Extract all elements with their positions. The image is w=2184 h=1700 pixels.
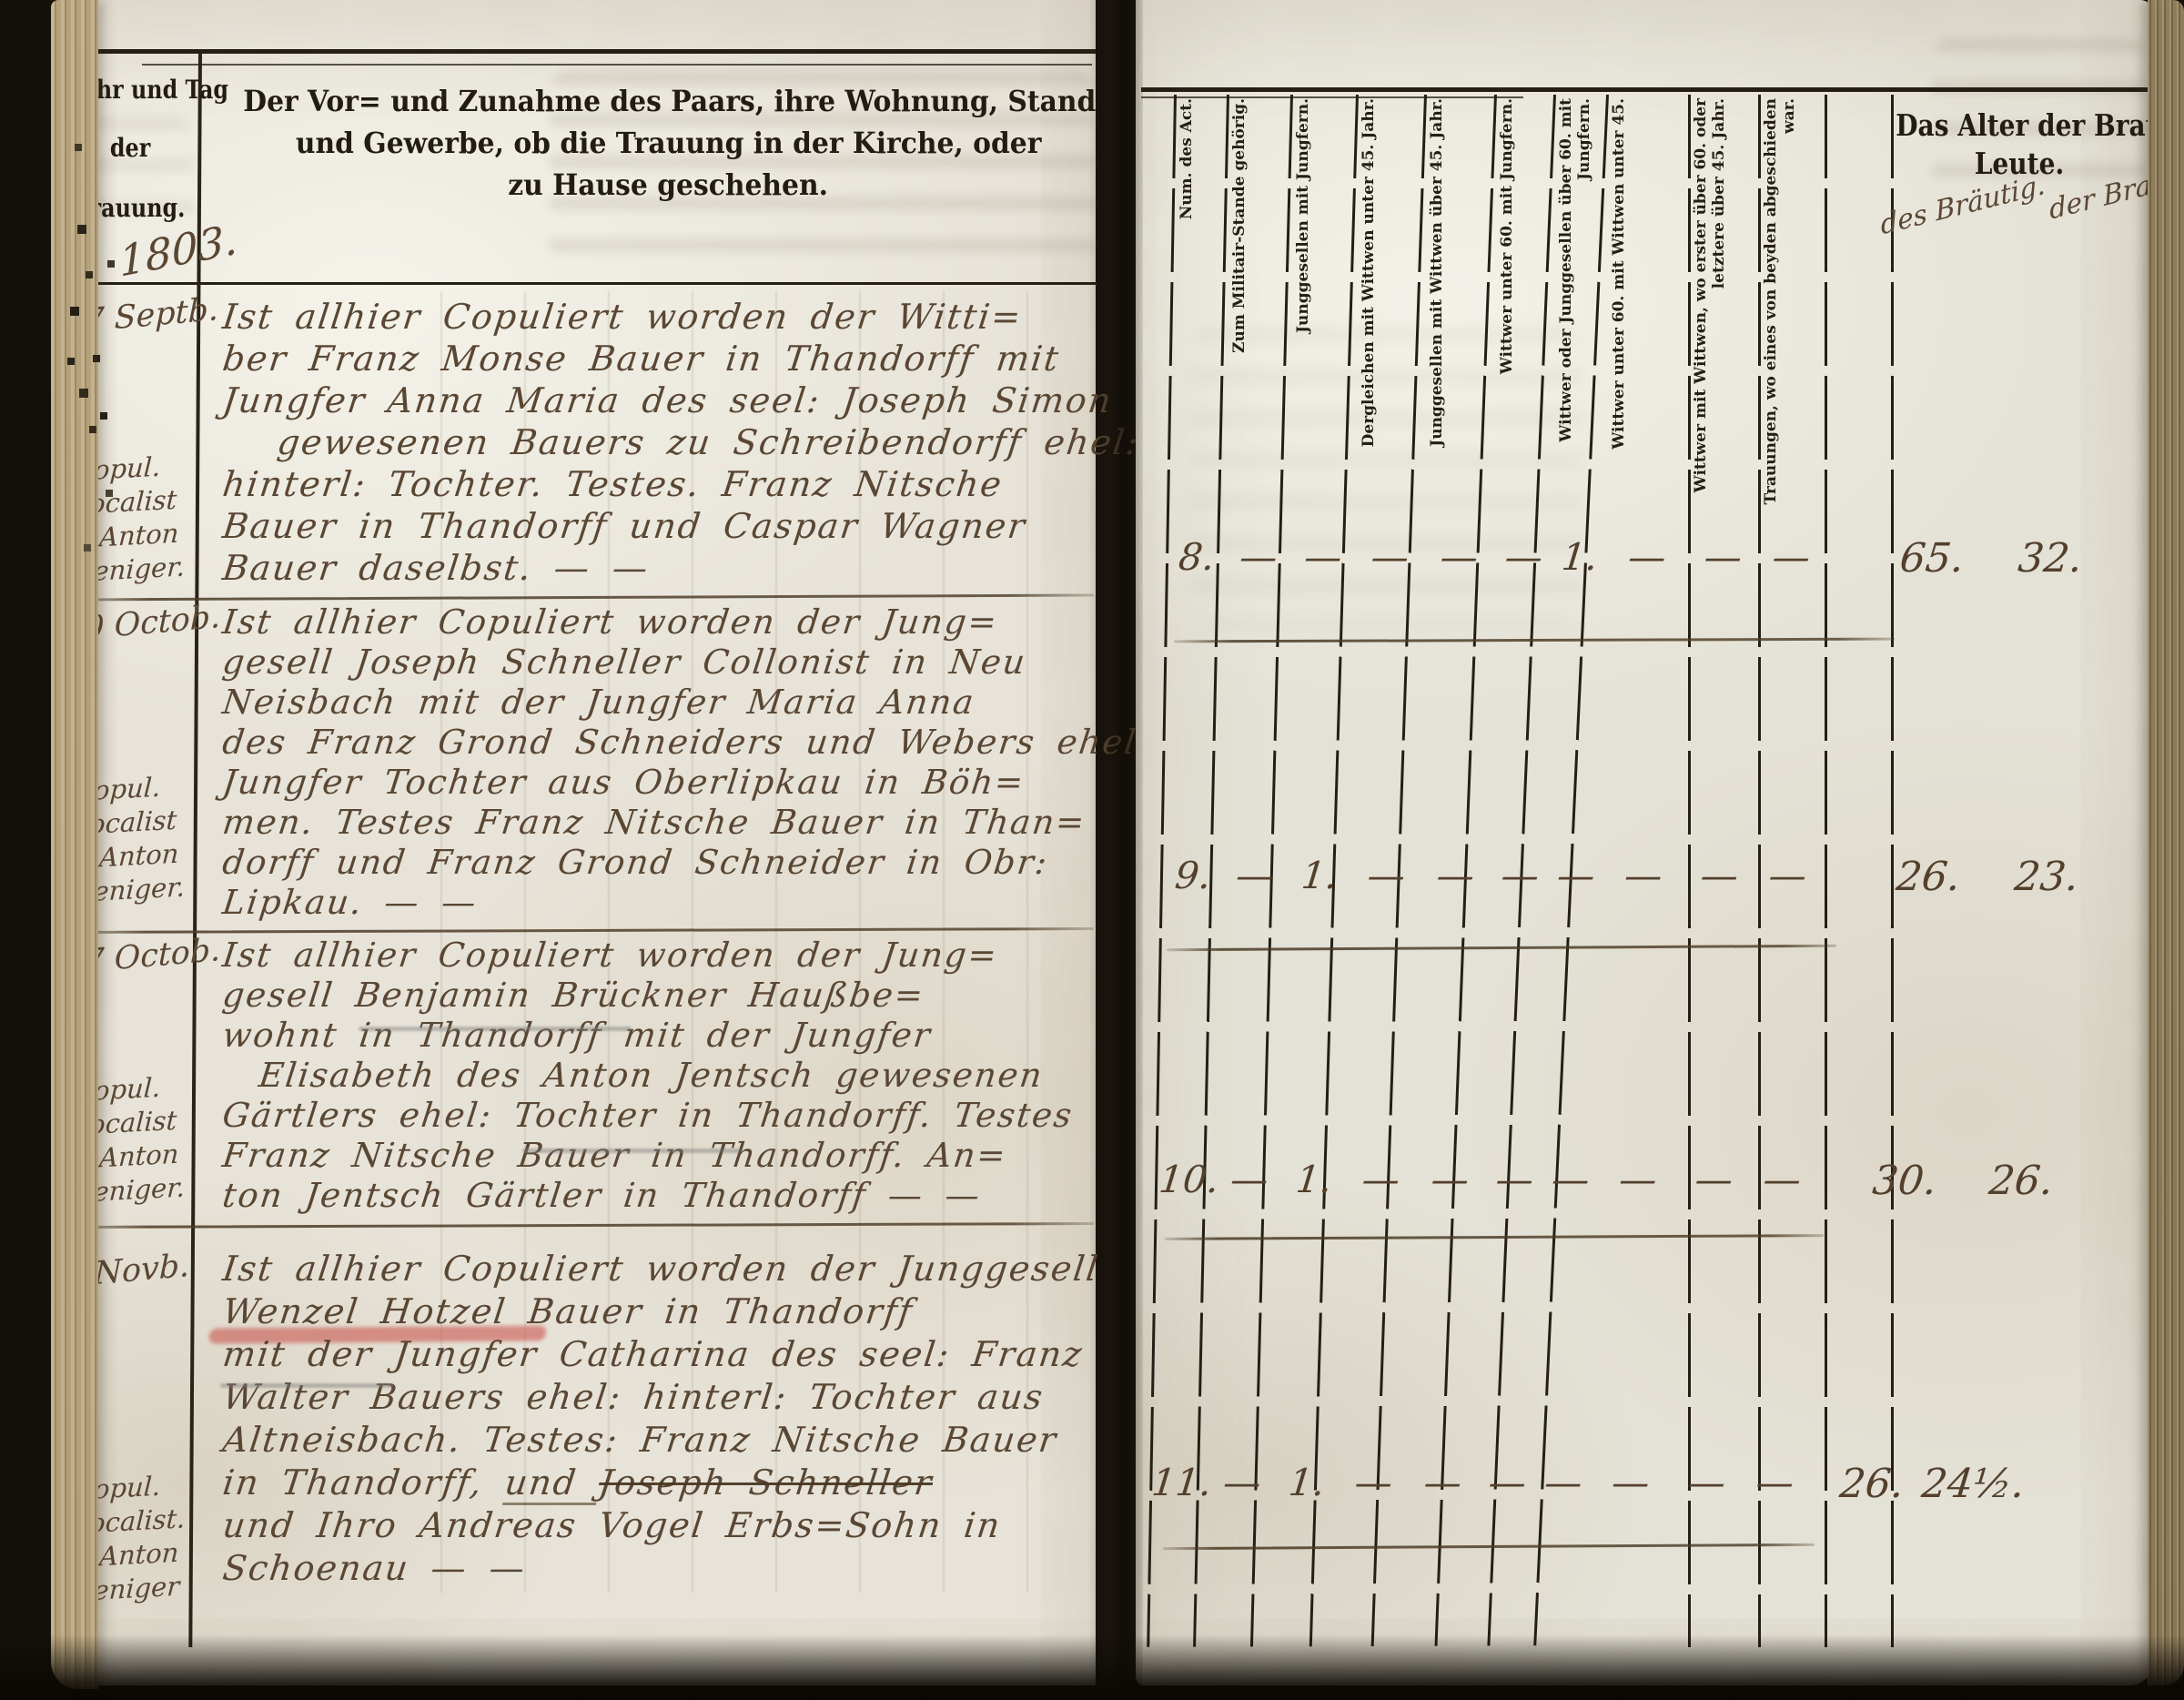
- groom-age: 65.: [1879, 535, 1984, 582]
- stat-cell: —: [1587, 1461, 1673, 1504]
- register-line: Jungfer Tochter aus Oberlipkau in Böh=: [220, 763, 1121, 803]
- register-line: Lipkau. — —: [220, 883, 1121, 923]
- bride-age: 26.: [1968, 1158, 2073, 1204]
- register-line: Neisbach mit der Jungfer Maria Anna: [220, 683, 1121, 723]
- line-rest: Bauer in Thandorff: [504, 1291, 915, 1331]
- stat-cell: —: [1208, 1461, 1276, 1504]
- ink-specks: [0, 0, 4, 4]
- left-page: Jahr und Tag der Trauung. 1803. Der Vor=…: [58, 0, 1096, 1685]
- stat-cell: —: [1603, 535, 1690, 579]
- table-row: 8. — — — — — 1. — — — 65. 32.: [1136, 535, 2153, 599]
- column-header-jg-wittwen-o45: Junggesellen mit Wittwen über 45. Jahr.: [1428, 96, 1492, 508]
- stat-cell: —: [1220, 854, 1289, 897]
- top-rule-2: [142, 64, 1092, 66]
- bride-age: 32.: [1997, 535, 2102, 582]
- stat-cell: —: [1344, 1158, 1417, 1201]
- stat-cell: —: [1600, 854, 1686, 897]
- stat-cell: —: [1542, 1158, 1599, 1201]
- stat-cell: —: [1669, 1461, 1744, 1504]
- register-line: und Ihro Andreas Vogel Erbs=Sohn in: [220, 1505, 1122, 1548]
- top-rule: [62, 49, 1096, 54]
- stat-cell: —: [1488, 854, 1552, 897]
- stat-cell: —: [1482, 1158, 1546, 1201]
- header-bottom-rule: [62, 282, 1097, 285]
- row-underline: [1163, 1543, 1815, 1550]
- register-line: gesell Benjamin Brückner Haußbe=: [220, 976, 1121, 1016]
- stat-cell: 1.: [1271, 1461, 1341, 1504]
- entry-body: Ist allhier Copuliert worden der Witti= …: [220, 297, 1117, 590]
- age-header-line1: Das Alter der Braut=: [1869, 107, 2169, 143]
- register-line: Franz Nitsche Bauer in Thandorff. An=: [220, 1136, 1121, 1176]
- act-number: 8.: [1166, 535, 1227, 579]
- stat-cell: —: [1755, 535, 1826, 579]
- register-line: Elisabeth des Anton Jentsch gewesenen: [220, 1056, 1121, 1096]
- act-number: 10.: [1157, 1158, 1218, 1201]
- register-line: Jungfer Anna Maria des seel: Joseph Simo…: [220, 380, 1122, 422]
- stat-cell: —: [1676, 1158, 1751, 1201]
- stat-cell: —: [1337, 1461, 1410, 1504]
- groom-age: 26.: [1819, 1461, 1924, 1507]
- stat-cell: 1.: [1284, 854, 1354, 897]
- table-row: 10. — 1. — — — — — — — 30. 26.: [1136, 1158, 2153, 1221]
- register-line: men. Testes Franz Nitsche Bauer in Than=: [220, 803, 1121, 843]
- column-header-wittwer-o60: Wittwer oder Junggesellen über 60. mit J…: [1557, 96, 1604, 508]
- stat-cell: —: [1215, 1158, 1283, 1201]
- register-line: ton Jentsch Gärtler in Thandorff — —: [220, 1176, 1121, 1216]
- register-line: Ist allhier Copuliert worden der Jung=: [220, 936, 1121, 976]
- stat-cell: —: [1746, 1158, 1817, 1201]
- main-header-line2: und Gewerbe, ob die Trauung in der Kirch…: [211, 126, 1126, 160]
- register-line: Bauer in Thandorff und Caspar Wagner: [220, 506, 1122, 548]
- stat-cell: —: [1534, 1461, 1592, 1504]
- column-header-wittwer-wittwen-u45: Wittwer unter 60. mit Wittwen unter 45.: [1610, 96, 1688, 508]
- book-gutter: [1088, 0, 1143, 1693]
- column-header-jg-wittwen-u45: Dergleichen mit Wittwen unter 45. Jahr.: [1360, 96, 1422, 508]
- row-underline: [1167, 945, 1836, 951]
- register-line: Altneisbach. Testes: Franz Nitsche Bauer: [220, 1420, 1122, 1462]
- top-rule: [1141, 87, 2148, 92]
- column-header-num: Num. des Act.: [1178, 96, 1225, 508]
- register-line: Ist allhier Copuliert worden der Jung=: [220, 602, 1121, 643]
- entry-body: Ist allhier Copuliert worden der Jungges…: [220, 1249, 1117, 1591]
- bottom-shadow: [0, 1634, 2184, 1700]
- column-header-wittwer-u60: Wittwer unter 60. mit Jungfern.: [1498, 96, 1552, 508]
- register-line: Wenzel Hotzel Bauer in Thandorff: [220, 1291, 1122, 1334]
- bride-age: 24½.: [1919, 1461, 2024, 1507]
- underlined-word: und: [502, 1462, 602, 1505]
- stat-cell: —: [1405, 1461, 1480, 1504]
- pencil-underline: [359, 1027, 632, 1031]
- stat-cell: —: [1353, 535, 1426, 579]
- register-line: Gärtlers ehel: Tochter in Thandorff. Tes…: [220, 1096, 1121, 1136]
- register-line: Ist allhier Copuliert worden der Witti=: [220, 297, 1122, 339]
- register-book-scan: Jahr und Tag der Trauung. 1803. Der Vor=…: [0, 0, 2184, 1700]
- register-line: des Franz Grond Schneiders und Webers eh…: [220, 723, 1121, 763]
- stat-cell: —: [1421, 535, 1496, 579]
- register-line: Ist allhier Copuliert worden der Jungges…: [220, 1249, 1122, 1291]
- bride-age: 23.: [1994, 854, 2098, 900]
- register-line: gesell Joseph Schneller Collonist in Neu: [220, 643, 1121, 683]
- stat-cell: —: [1475, 1461, 1539, 1504]
- row-underline: [1174, 638, 1895, 643]
- entry-body: Ist allhier Copuliert worden der Jung= g…: [220, 602, 1117, 923]
- register-line: hinterl: Tochter. Testes. Franz Nitsche: [220, 464, 1122, 506]
- stat-cell: 1.: [1551, 535, 1608, 579]
- line-start: in Thandorff,: [220, 1462, 507, 1503]
- column-header-wittwer-wittwen-alt: Wittwer mit Wittwen, wo erster über 60. …: [1692, 96, 1756, 508]
- register-line: wohnt in Thandorff mit der Jungfer: [220, 1016, 1121, 1056]
- column-header-jg-jungfern: Junggesellen mit Jungfern.: [1294, 96, 1354, 508]
- struck-name: Joseph Schneller: [597, 1462, 935, 1503]
- register-line: ber Franz Monse Bauer in Thandorff mit: [220, 339, 1122, 380]
- register-line: in Thandorff, und Joseph Schneller: [220, 1462, 1122, 1505]
- pencil-underline: [220, 1383, 393, 1388]
- table-row: 11. — 1. — — — — — — — 26. 24½.: [1136, 1461, 2153, 1524]
- entry-body: Ist allhier Copuliert worden der Jung= g…: [220, 936, 1117, 1216]
- stat-cell: —: [1224, 535, 1292, 579]
- main-header-line1: Der Vor= und Zunahme des Paars, ihre Woh…: [211, 84, 1126, 118]
- stat-cell: —: [1547, 854, 1604, 897]
- table-row: 9. — 1. — — — — — — — 26. 23.: [1136, 854, 2153, 917]
- register-line: mit der Jungfer Catharina des seel: Fran…: [220, 1334, 1122, 1377]
- stat-cell: —: [1412, 1158, 1487, 1201]
- stat-cell: —: [1685, 535, 1760, 579]
- stat-cell: —: [1752, 854, 1823, 897]
- stat-cell: —: [1288, 535, 1358, 579]
- register-line: dorff und Franz Grond Schneider in Obr:: [220, 843, 1121, 883]
- pencil-underline: [522, 1149, 741, 1153]
- page-stack-right-edge: [2148, 0, 2184, 1685]
- act-number: 11.: [1149, 1461, 1210, 1504]
- column-header-militair: Zum Militair-Stande gehörig.: [1230, 96, 1289, 508]
- register-line: Schoenau — —: [220, 1548, 1122, 1591]
- right-page: Num. des Act. Zum Militair-Stande gehöri…: [1136, 0, 2153, 1685]
- stat-cell: —: [1594, 1158, 1681, 1201]
- page-stack-left-edge: [51, 0, 98, 1689]
- stat-cell: —: [1682, 854, 1756, 897]
- act-number: 9.: [1162, 854, 1223, 897]
- main-header-line3: zu Hause geschehen.: [211, 167, 1126, 202]
- column-header-geschieden: Trauungen, wo eines von beyden abgeschie…: [1762, 96, 1825, 508]
- groom-age: 26.: [1876, 854, 1980, 900]
- register-line: Bauer daselbst. — —: [220, 548, 1122, 590]
- stat-cell: —: [1491, 535, 1555, 579]
- stat-cell: 1.: [1279, 1158, 1349, 1201]
- register-line: gewesenen Bauers zu Schreibendorff ehel:: [220, 422, 1122, 464]
- stat-cell: —: [1350, 854, 1422, 897]
- stat-cell: —: [1739, 1461, 1810, 1504]
- stat-cell: —: [1418, 854, 1492, 897]
- red-underlined-name: Wenzel Hotzel: [220, 1291, 509, 1331]
- groom-age: 30.: [1852, 1158, 1956, 1204]
